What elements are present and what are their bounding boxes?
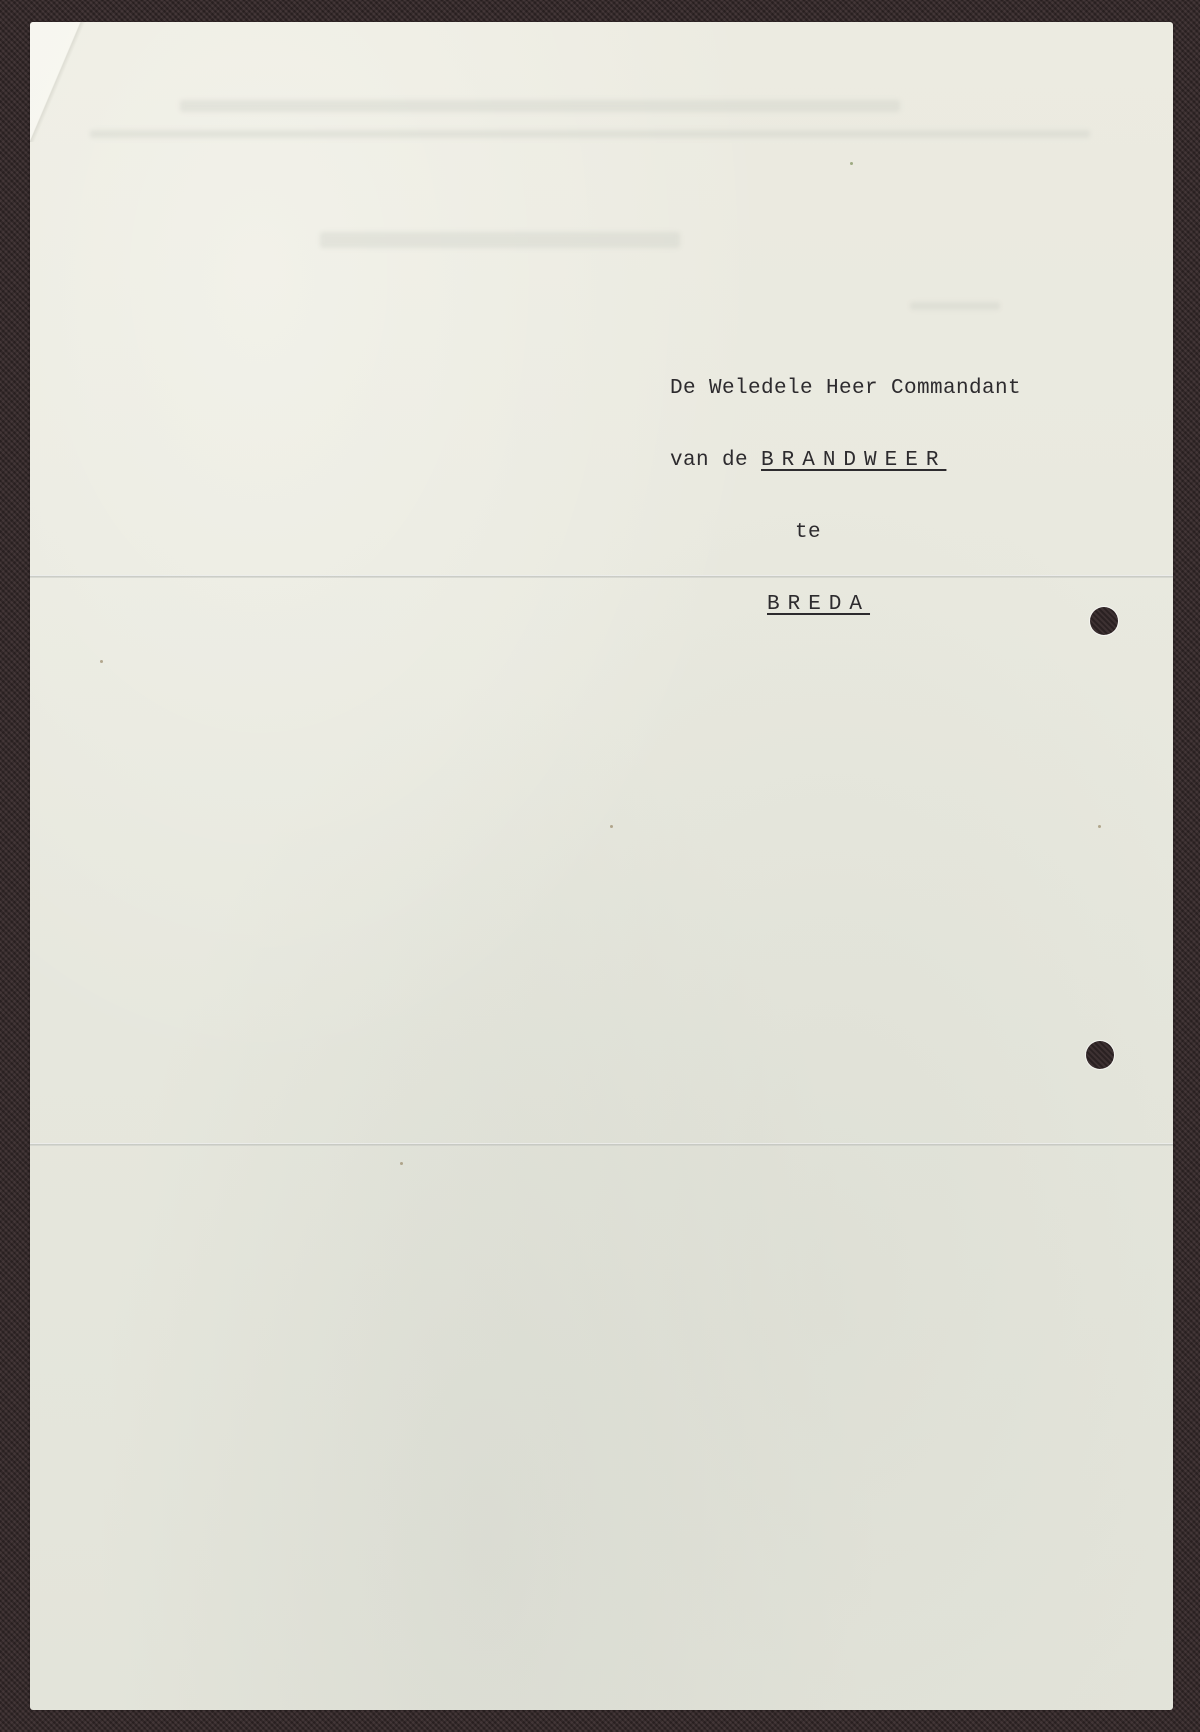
fold-line-lower — [30, 1143, 1173, 1146]
address-line-1: De Weledele Heer Commandant — [670, 377, 1021, 401]
fold-line-upper — [30, 575, 1173, 578]
paper-speck — [100, 660, 103, 663]
paper-speck — [400, 1162, 403, 1165]
punch-hole-lower — [1086, 1041, 1114, 1069]
letterhead-showthrough — [910, 302, 1000, 310]
letterhead-showthrough — [90, 130, 1090, 138]
corner-crease — [30, 22, 90, 142]
address-line-4: BREDA — [670, 593, 1021, 617]
address-breda: BREDA — [767, 593, 870, 616]
punch-hole-upper — [1090, 607, 1118, 635]
paper-sheet: De Weledele Heer Commandant van de BRAND… — [30, 22, 1173, 1710]
address-line-3: te — [670, 521, 1021, 545]
address-block: De Weledele Heer Commandant van de BRAND… — [670, 329, 1021, 665]
address-line-2: van de BRANDWEER — [670, 449, 1021, 473]
paper-speck — [610, 825, 613, 828]
letterhead-showthrough — [320, 232, 680, 248]
letterhead-showthrough — [180, 100, 900, 112]
address-line-2-prefix: van de — [670, 449, 761, 472]
paper-speck — [850, 162, 853, 165]
paper-speck — [1098, 825, 1101, 828]
address-brandweer: BRANDWEER — [761, 449, 946, 472]
